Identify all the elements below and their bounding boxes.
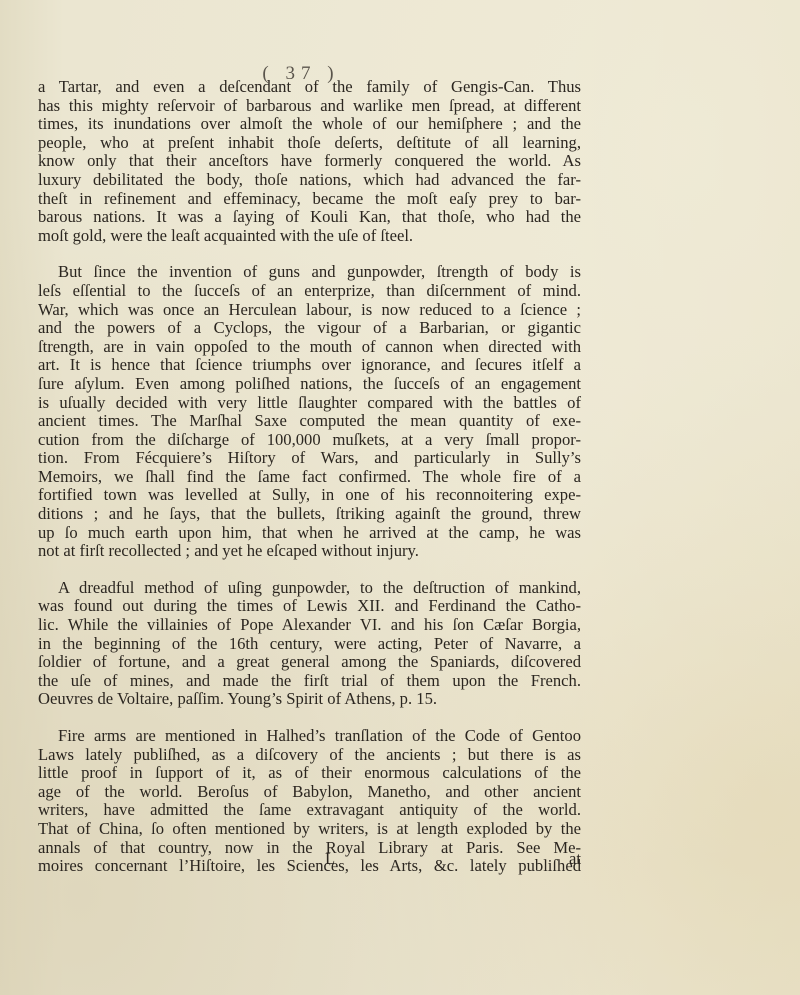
text-line: ancient times. The Marſhal Saxe computed… xyxy=(38,412,581,431)
text-line: tion. From Fécquiere’s Hiſtory of Wars, … xyxy=(38,449,581,468)
text-line: is uſually decided with very little ſlau… xyxy=(38,394,581,413)
body-text: a Tartar, and even a deſcendant of the f… xyxy=(38,78,581,876)
text-line: That of China, ſo often mentioned by wri… xyxy=(38,820,581,839)
text-line: in the beginning of the 16th century, we… xyxy=(38,635,581,654)
text-line: has this mighty reſervoir of barbarous a… xyxy=(38,97,581,116)
page-footer: L at xyxy=(38,849,581,869)
text-line: leſs eſſential to the ſucceſs of an ente… xyxy=(38,282,581,301)
paragraph-1: a Tartar, and even a deſcendant of the f… xyxy=(38,78,581,245)
text-line: little proof in ſupport of it, as of the… xyxy=(38,764,581,783)
text-line: was found out during the times of Lewis … xyxy=(38,597,581,616)
text-line: Laws lately publiſhed, as a diſcovery of… xyxy=(38,746,581,765)
text-line: lic. While the villainies of Pope Alexan… xyxy=(38,616,581,635)
text-line: ſtrength, are in vain oppoſed to the mou… xyxy=(38,338,581,357)
text-line: not at firſt recollected ; and yet he eſ… xyxy=(38,542,581,561)
signature-mark: L xyxy=(325,849,335,869)
text-line: A dreadful method of uſing gunpowder, to… xyxy=(38,579,581,598)
text-line: times, its inundations over almoſt the w… xyxy=(38,115,581,134)
text-line: ſoldier of fortune, and a great general … xyxy=(38,653,581,672)
text-line: art. It is hence that ſcience triumphs o… xyxy=(38,356,581,375)
catchword: at xyxy=(569,849,581,869)
paragraph-gap xyxy=(38,245,581,263)
text-line: luxury debilitated the body, thoſe natio… xyxy=(38,171,581,190)
text-line: moſt gold, were the leaſt acquainted wit… xyxy=(38,227,581,246)
text-line: the uſe of mines, and made the firſt tri… xyxy=(38,672,581,691)
text-line: ſure aſylum. Even among poliſhed nations… xyxy=(38,375,581,394)
book-page: ( 37 ) a Tartar, and even a deſcendant o… xyxy=(0,0,800,995)
text-line: age of the world. Beroſus of Babylon, Ma… xyxy=(38,783,581,802)
text-line: Memoirs, we ſhall find the ſame fact con… xyxy=(38,468,581,487)
text-line: know only that their anceſtors have form… xyxy=(38,152,581,171)
text-line: theſt in refinement and effeminacy, beca… xyxy=(38,190,581,209)
paragraph-gap xyxy=(38,561,581,579)
text-line: ditions ; and he ſays, that the bullets,… xyxy=(38,505,581,524)
text-line: a Tartar, and even a deſcendant of the f… xyxy=(38,78,581,97)
paragraph-gap xyxy=(38,709,581,727)
paragraph-2: But ſince the invention of guns and gunp… xyxy=(38,263,581,561)
text-line: barous nations. It was a ſaying of Kouli… xyxy=(38,208,581,227)
text-line: people, who at preſent inhabit thoſe deſ… xyxy=(38,134,581,153)
text-line: But ſince the invention of guns and gunp… xyxy=(38,263,581,282)
text-line: up ſo much earth upon him, that when he … xyxy=(38,524,581,543)
text-line: fortified town was levelled at Sully, in… xyxy=(38,486,581,505)
paragraph-3: A dreadful method of uſing gunpowder, to… xyxy=(38,579,581,709)
text-line: cution from the diſcharge of 100,000 muſ… xyxy=(38,431,581,450)
text-line: writers, have admitted the ſame extravag… xyxy=(38,801,581,820)
text-line: Fire arms are mentioned in Halhed’s tran… xyxy=(38,727,581,746)
text-line: War, which was once an Herculean labour,… xyxy=(38,301,581,320)
text-line: and the powers of a Cyclops, the vigour … xyxy=(38,319,581,338)
text-line: Oeuvres de Voltaire, paſſim. Young’s Spi… xyxy=(38,690,581,709)
